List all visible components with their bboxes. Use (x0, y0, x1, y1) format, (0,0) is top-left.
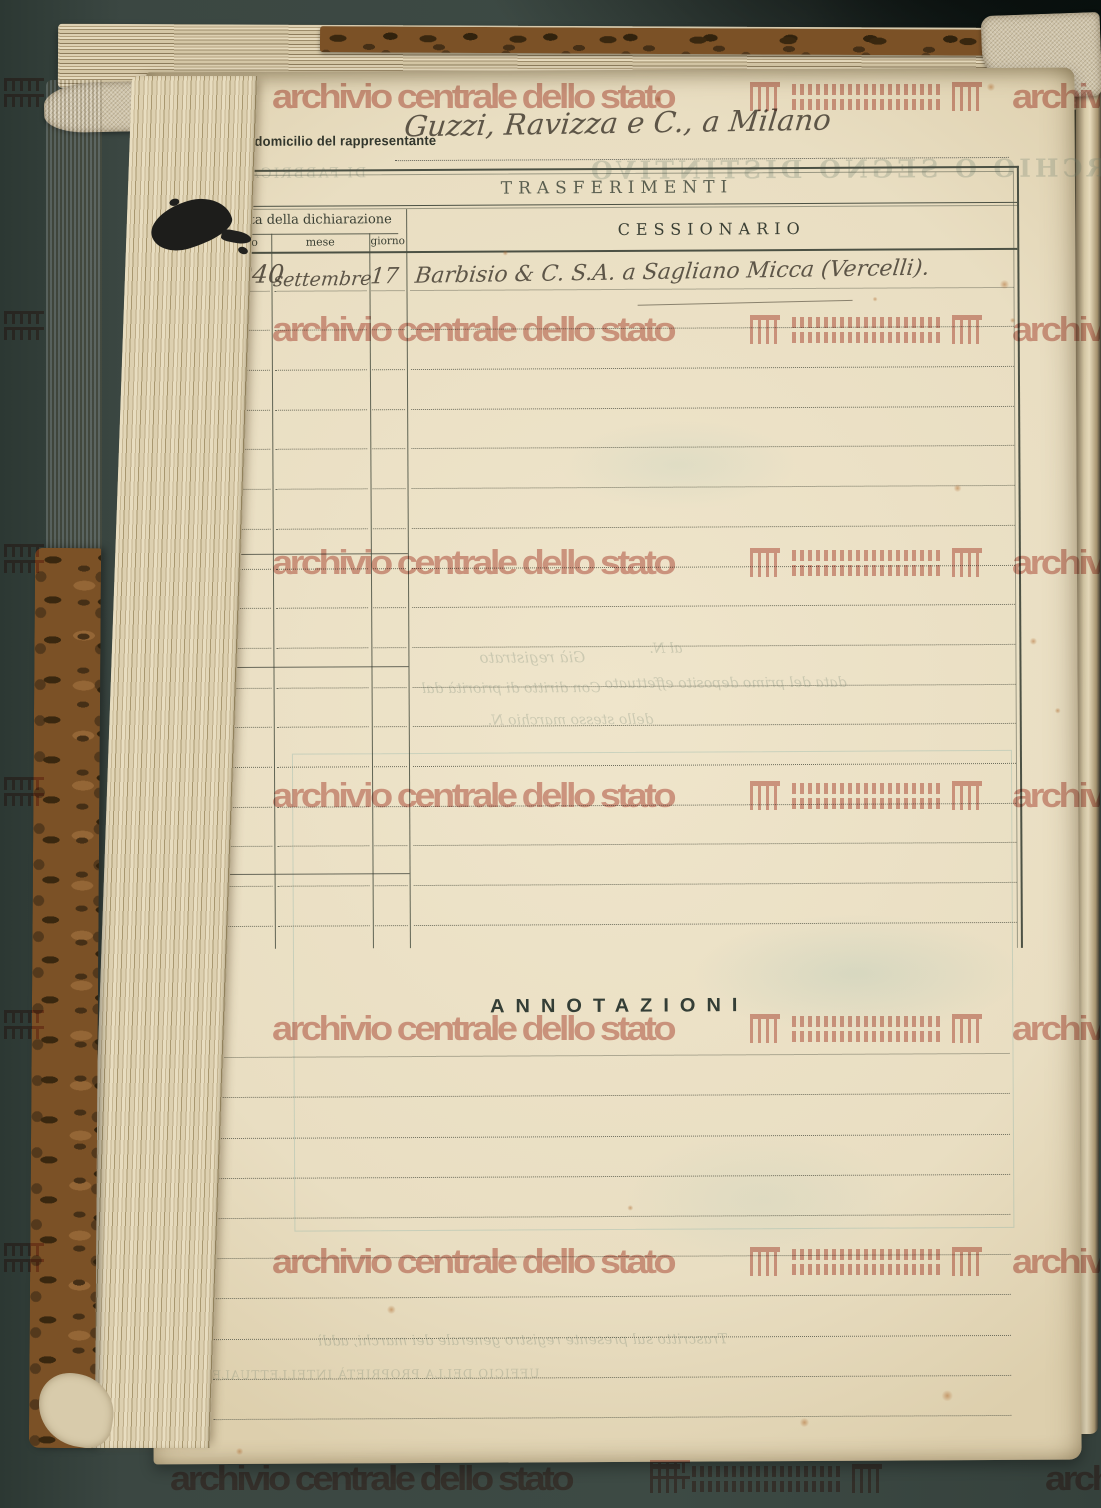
scanned-register-page: MARCHIO O SEGNO DISTINTIVO DI FABBRICA G… (0, 0, 1101, 1508)
foxing-spot (1010, 318, 1016, 323)
ruled-line (277, 847, 369, 887)
ruled-line (276, 608, 368, 648)
ruled-line (413, 764, 1016, 807)
ruled-line (412, 565, 1015, 608)
ruled-line (373, 569, 406, 609)
giorno-ruled-lines (371, 251, 408, 951)
foxing-spot (954, 484, 962, 492)
ruled-line (411, 407, 1014, 450)
ruled-line (213, 1376, 1011, 1420)
ruled-line (212, 1134, 1010, 1178)
foxing-spot (654, 96, 662, 103)
ruled-line (275, 450, 367, 490)
ruled-line (374, 846, 407, 886)
foxing-spot (999, 280, 1009, 289)
ruled-line (212, 1094, 1010, 1138)
column-header-cessionario: CESSIONARIO (406, 206, 1017, 251)
ruled-line (412, 486, 1015, 529)
ruled-line (277, 728, 369, 768)
ruled-line (212, 1215, 1010, 1259)
foxing-spot (387, 1305, 396, 1314)
row-giorno-value: 17 (369, 264, 400, 289)
ruled-line (276, 569, 368, 609)
ruled-line (375, 886, 408, 926)
ruled-line (411, 446, 1014, 489)
ruled-line (414, 923, 1017, 951)
marbled-cover-top-edge (320, 26, 1020, 56)
ruled-line (277, 688, 369, 728)
foxing-spot (236, 1448, 244, 1455)
ruled-line (276, 529, 368, 569)
ruled-line (373, 529, 406, 569)
column-header-mese: mese (271, 235, 369, 252)
ruled-line (372, 330, 405, 370)
foxing-spot (1029, 638, 1037, 645)
ruled-line (375, 926, 408, 951)
ruled-line (413, 724, 1016, 767)
ruled-line (411, 288, 1014, 331)
ruled-line (212, 1175, 1010, 1219)
ruled-line (374, 767, 407, 807)
ruled-line (275, 291, 367, 331)
ruled-line (223, 887, 273, 927)
ruled-line (374, 807, 407, 847)
ruled-line (413, 843, 1016, 886)
foxing-spot (941, 1390, 953, 1401)
foxing-spot (873, 297, 878, 302)
ruled-line (223, 926, 273, 952)
ruled-line (373, 648, 406, 688)
ruled-line (278, 926, 370, 952)
mese-ruled-lines (274, 251, 370, 951)
ruled-line (374, 727, 407, 767)
ruled-line (373, 608, 406, 648)
ruled-line (411, 327, 1014, 370)
row-mese-value: settembre (272, 268, 372, 292)
ruled-line (275, 370, 367, 410)
foxing-spot (986, 83, 995, 91)
foxing-spot (502, 251, 508, 256)
register-sheet: MARCHIO O SEGNO DISTINTIVO DI FABBRICA G… (146, 68, 1081, 1465)
table-title: TRASFERIMENTI (217, 176, 1017, 200)
representative-handwritten-value: Guzzi, Ravizza e C., a Milano (403, 103, 833, 144)
foxing-spot (799, 1418, 809, 1427)
ruled-line (277, 807, 369, 847)
ruled-line (373, 489, 406, 529)
ruled-line (213, 1255, 1011, 1299)
marbled-cover-left-edge (29, 548, 101, 1448)
ruled-line (213, 1295, 1011, 1339)
spine-cloth-upper (46, 80, 102, 560)
ruled-line (275, 331, 367, 371)
ruled-line (211, 1014, 1009, 1058)
ruled-line (414, 883, 1017, 926)
column-header-giorno: giorno (369, 235, 406, 251)
ruled-line (372, 370, 405, 410)
ruled-line (413, 684, 1016, 727)
ruled-line (412, 526, 1015, 569)
foxing-spot (1055, 708, 1061, 714)
cessionario-ruled-lines (410, 248, 1017, 951)
ruled-line (413, 804, 1016, 847)
ruled-line (275, 410, 367, 450)
ruled-line (212, 1054, 1010, 1098)
ruled-line (372, 450, 405, 490)
ruled-line (276, 489, 368, 529)
transfers-table: TRASFERIMENTI Data della dichiarazione a… (215, 166, 1023, 952)
foxing-spot (627, 1205, 633, 1211)
ruled-line (412, 605, 1015, 648)
ruled-line (411, 367, 1014, 410)
ruled-line (276, 648, 368, 688)
ruled-line (213, 1335, 1011, 1379)
ruled-line (412, 645, 1015, 688)
ruled-line (374, 688, 407, 728)
ruled-line (277, 767, 369, 807)
annotations-ruled-lines (211, 1014, 1011, 1420)
ruled-line (372, 410, 405, 450)
ruled-line (372, 291, 405, 331)
ruled-line (278, 886, 370, 926)
